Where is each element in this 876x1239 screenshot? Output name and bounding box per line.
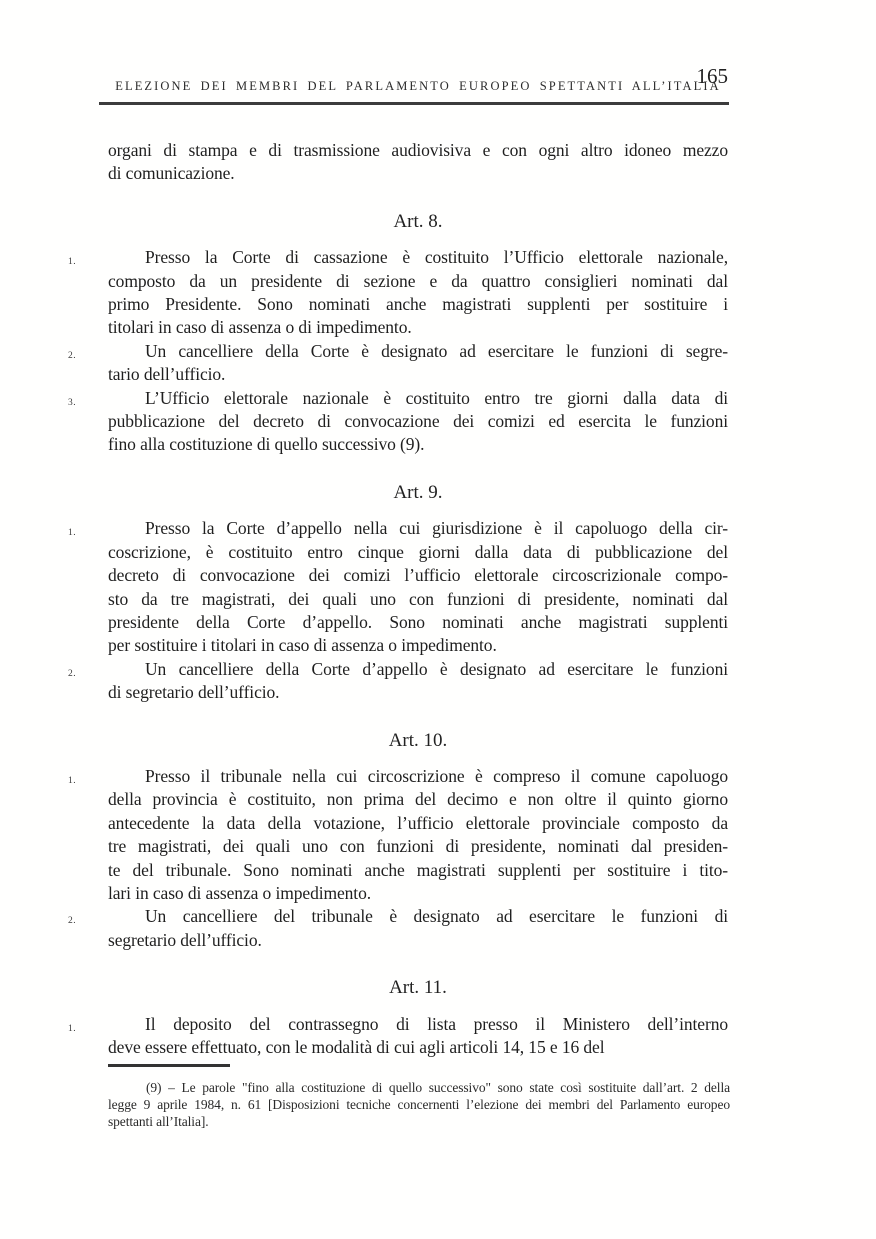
article-heading: Art. 11. — [108, 976, 728, 999]
text-line: legge 9 aprile 1984, n. 61 [Disposizioni… — [108, 1097, 730, 1114]
text-line: sto da tre magistrati, dei quali uno con… — [108, 588, 728, 611]
margin-paragraph-number: 2. — [68, 663, 76, 686]
article-paragraph: 1.Il deposito del contrassegno di lista … — [108, 1013, 728, 1060]
margin-paragraph-number: 2. — [68, 345, 76, 368]
margin-paragraph-number: 2. — [68, 910, 76, 933]
text-line: deve essere effettuato, con le modalità … — [108, 1036, 728, 1059]
article-heading: Art. 10. — [108, 729, 728, 752]
article-paragraph: 1.Presso la Corte d’appello nella cui gi… — [108, 517, 728, 657]
article-paragraph: 1.Presso il tribunale nella cui circoscr… — [108, 765, 728, 905]
text-line: organi di stampa e di trasmissione audio… — [108, 139, 728, 162]
article-paragraph: 2.Un cancelliere della Corte è designato… — [108, 340, 728, 387]
text-line: te del tribunale. Sono nominati anche ma… — [108, 859, 728, 882]
article-paragraph: 2.Un cancelliere della Corte d’appello è… — [108, 658, 728, 705]
text-line: pubblicazione del decreto di convocazion… — [108, 410, 728, 433]
article-paragraph: 3.L’Ufficio elettorale nazionale è costi… — [108, 387, 728, 457]
footnote: (9) – Le parole "fino alla costituzione … — [108, 1064, 730, 1131]
text-line: per sostituire i titolari in caso di ass… — [108, 634, 728, 657]
text-line: presidente della Corte d’appello. Sono n… — [108, 611, 728, 634]
intro-paragraph: organi di stampa e di trasmissione audio… — [108, 139, 728, 186]
text-line: lari in caso di assenza o impedimento. — [108, 882, 728, 905]
text-line: Il deposito del contrassegno di lista pr… — [108, 1013, 728, 1036]
article-heading: Art. 9. — [108, 481, 728, 504]
text-line: titolari in caso di assenza o di impedim… — [108, 316, 728, 339]
margin-paragraph-number: 1. — [68, 522, 76, 545]
margin-paragraph-number: 1. — [68, 770, 76, 793]
article-paragraph: 1.Presso la Corte di cassazione è costit… — [108, 246, 728, 340]
document-page: 165 ELEZIONE DEI MEMBRI DEL PARLAMENTO E… — [0, 0, 876, 1239]
text-line: coscrizione, è costituito entro cinque g… — [108, 541, 728, 564]
text-line: Un cancelliere della Corte è designato a… — [108, 340, 728, 363]
running-head-title: ELEZIONE DEI MEMBRI DEL PARLAMENTO EUROP… — [108, 79, 728, 94]
text-line: di comunicazione. — [108, 162, 728, 185]
footnote-rule — [108, 1064, 230, 1067]
text-line: tario dell’ufficio. — [108, 363, 728, 386]
header-rule — [99, 102, 729, 105]
text-line: L’Ufficio elettorale nazionale è costitu… — [108, 387, 728, 410]
text-line: composto da un presidente di sezione e d… — [108, 270, 728, 293]
text-line: antecedente la data della votazione, l’u… — [108, 812, 728, 835]
footnote-text: (9) – Le parole "fino alla costituzione … — [108, 1080, 730, 1131]
text-line: fino alla costituzione di quello success… — [108, 433, 728, 456]
text-line: di segretario dell’ufficio. — [108, 681, 728, 704]
text-line: Presso il tribunale nella cui circoscriz… — [108, 765, 728, 788]
text-line: Un cancelliere del tribunale è designato… — [108, 905, 728, 928]
text-line: spettanti all’Italia]. — [108, 1114, 730, 1131]
article-heading: Art. 8. — [108, 210, 728, 233]
text-line: Presso la Corte d’appello nella cui giur… — [108, 517, 728, 540]
text-line: Presso la Corte di cassazione è costitui… — [108, 246, 728, 269]
margin-paragraph-number: 3. — [68, 392, 76, 415]
margin-paragraph-number: 1. — [68, 1018, 76, 1041]
article-paragraph: 2.Un cancelliere del tribunale è designa… — [108, 905, 728, 952]
text-line: (9) – Le parole "fino alla costituzione … — [108, 1080, 730, 1097]
text-line: Un cancelliere della Corte d’appello è d… — [108, 658, 728, 681]
text-line: decreto di convocazione dei comizi l’uff… — [108, 564, 728, 587]
text-line: della provincia è costituito, non prima … — [108, 788, 728, 811]
body-text: organi di stampa e di trasmissione audio… — [108, 139, 728, 1059]
margin-paragraph-number: 1. — [68, 251, 76, 274]
text-line: tre magistrati, dei quali uno con funzio… — [108, 835, 728, 858]
text-line: segretario dell’ufficio. — [108, 929, 728, 952]
text-line: primo Presidente. Sono nominati anche ma… — [108, 293, 728, 316]
